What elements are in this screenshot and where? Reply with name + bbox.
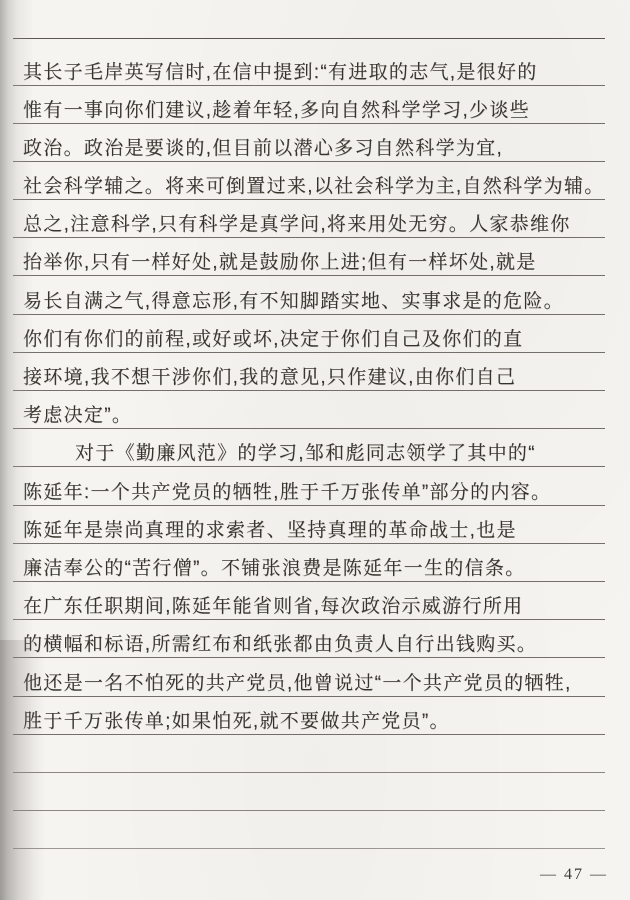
- manuscript-line-1: 其长子毛岸英写信时,在信中提到:“有进取的志气,是很好的: [13, 39, 605, 86]
- manuscript-line-3: 政治。政治是要谈的,但目前以潜心多习自然科学为宜,: [13, 124, 605, 162]
- manuscript-line-15: 在广东任职期间,陈延年能省则省,每次政治示威游行所用: [13, 582, 605, 620]
- manuscript-line-17: 他还是一名不怕死的共产党员,他曾说过“一个共产党员的牺牲,: [13, 658, 605, 696]
- page-number: — 47 —: [540, 866, 608, 884]
- manuscript-line-7: 易长自满之气,得意忘形,有不知脚踏实地、实事求是的危险。: [13, 276, 605, 314]
- manuscript-line-2: 惟有一事向你们建议,趁着年轻,多向自然科学学习,少谈些: [13, 86, 605, 124]
- manuscript-line-8: 你们有你们的前程,或好或坏,决定于你们自己及你们的直: [13, 315, 605, 353]
- manuscript-line-14: 廉洁奉公的“苦行僧”。不铺张浪费是陈延年一生的信条。: [13, 544, 605, 582]
- manuscript-line-16: 的横幅和标语,所需红布和纸张都由负责人自行出钱购买。: [13, 620, 605, 658]
- manuscript-line-12: 陈延年:一个共产党员的牺牲,胜于千万张传单”部分的内容。: [13, 467, 605, 505]
- manuscript-line-13: 陈延年是崇尚真理的求索者、坚持真理的革命战士,也是: [13, 506, 605, 544]
- manuscript-line-4: 社会科学辅之。将来可倒置过来,以社会科学为主,自然科学为辅。: [13, 162, 605, 200]
- empty-ruled-line: [13, 811, 605, 849]
- manuscript-line-6: 抬举你,只有一样好处,就是鼓励你上进;但有一样坏处,就是: [13, 238, 605, 276]
- manuscript-line-10: 考虑决定”。: [13, 391, 605, 429]
- empty-ruled-line: [13, 773, 605, 811]
- manuscript-line-9: 接环境,我不想干涉你们,我的意见,只作建议,由你们自己: [13, 353, 605, 391]
- ruled-writing-area: 其长子毛岸英写信时,在信中提到:“有进取的志气,是很好的 惟有一事向你们建议,趁…: [13, 38, 605, 849]
- empty-ruled-line: [13, 735, 605, 773]
- manuscript-line-18: 胜于千万张传单;如果怕死,就不要做共产党员”。: [13, 697, 605, 735]
- manuscript-line-5: 总之,注意科学,只有科学是真学问,将来用处无穷。人家恭维你: [13, 200, 605, 238]
- manuscript-line-11: 对于《勤廉风范》的学习,邹和彪同志领学了其中的“: [13, 429, 605, 467]
